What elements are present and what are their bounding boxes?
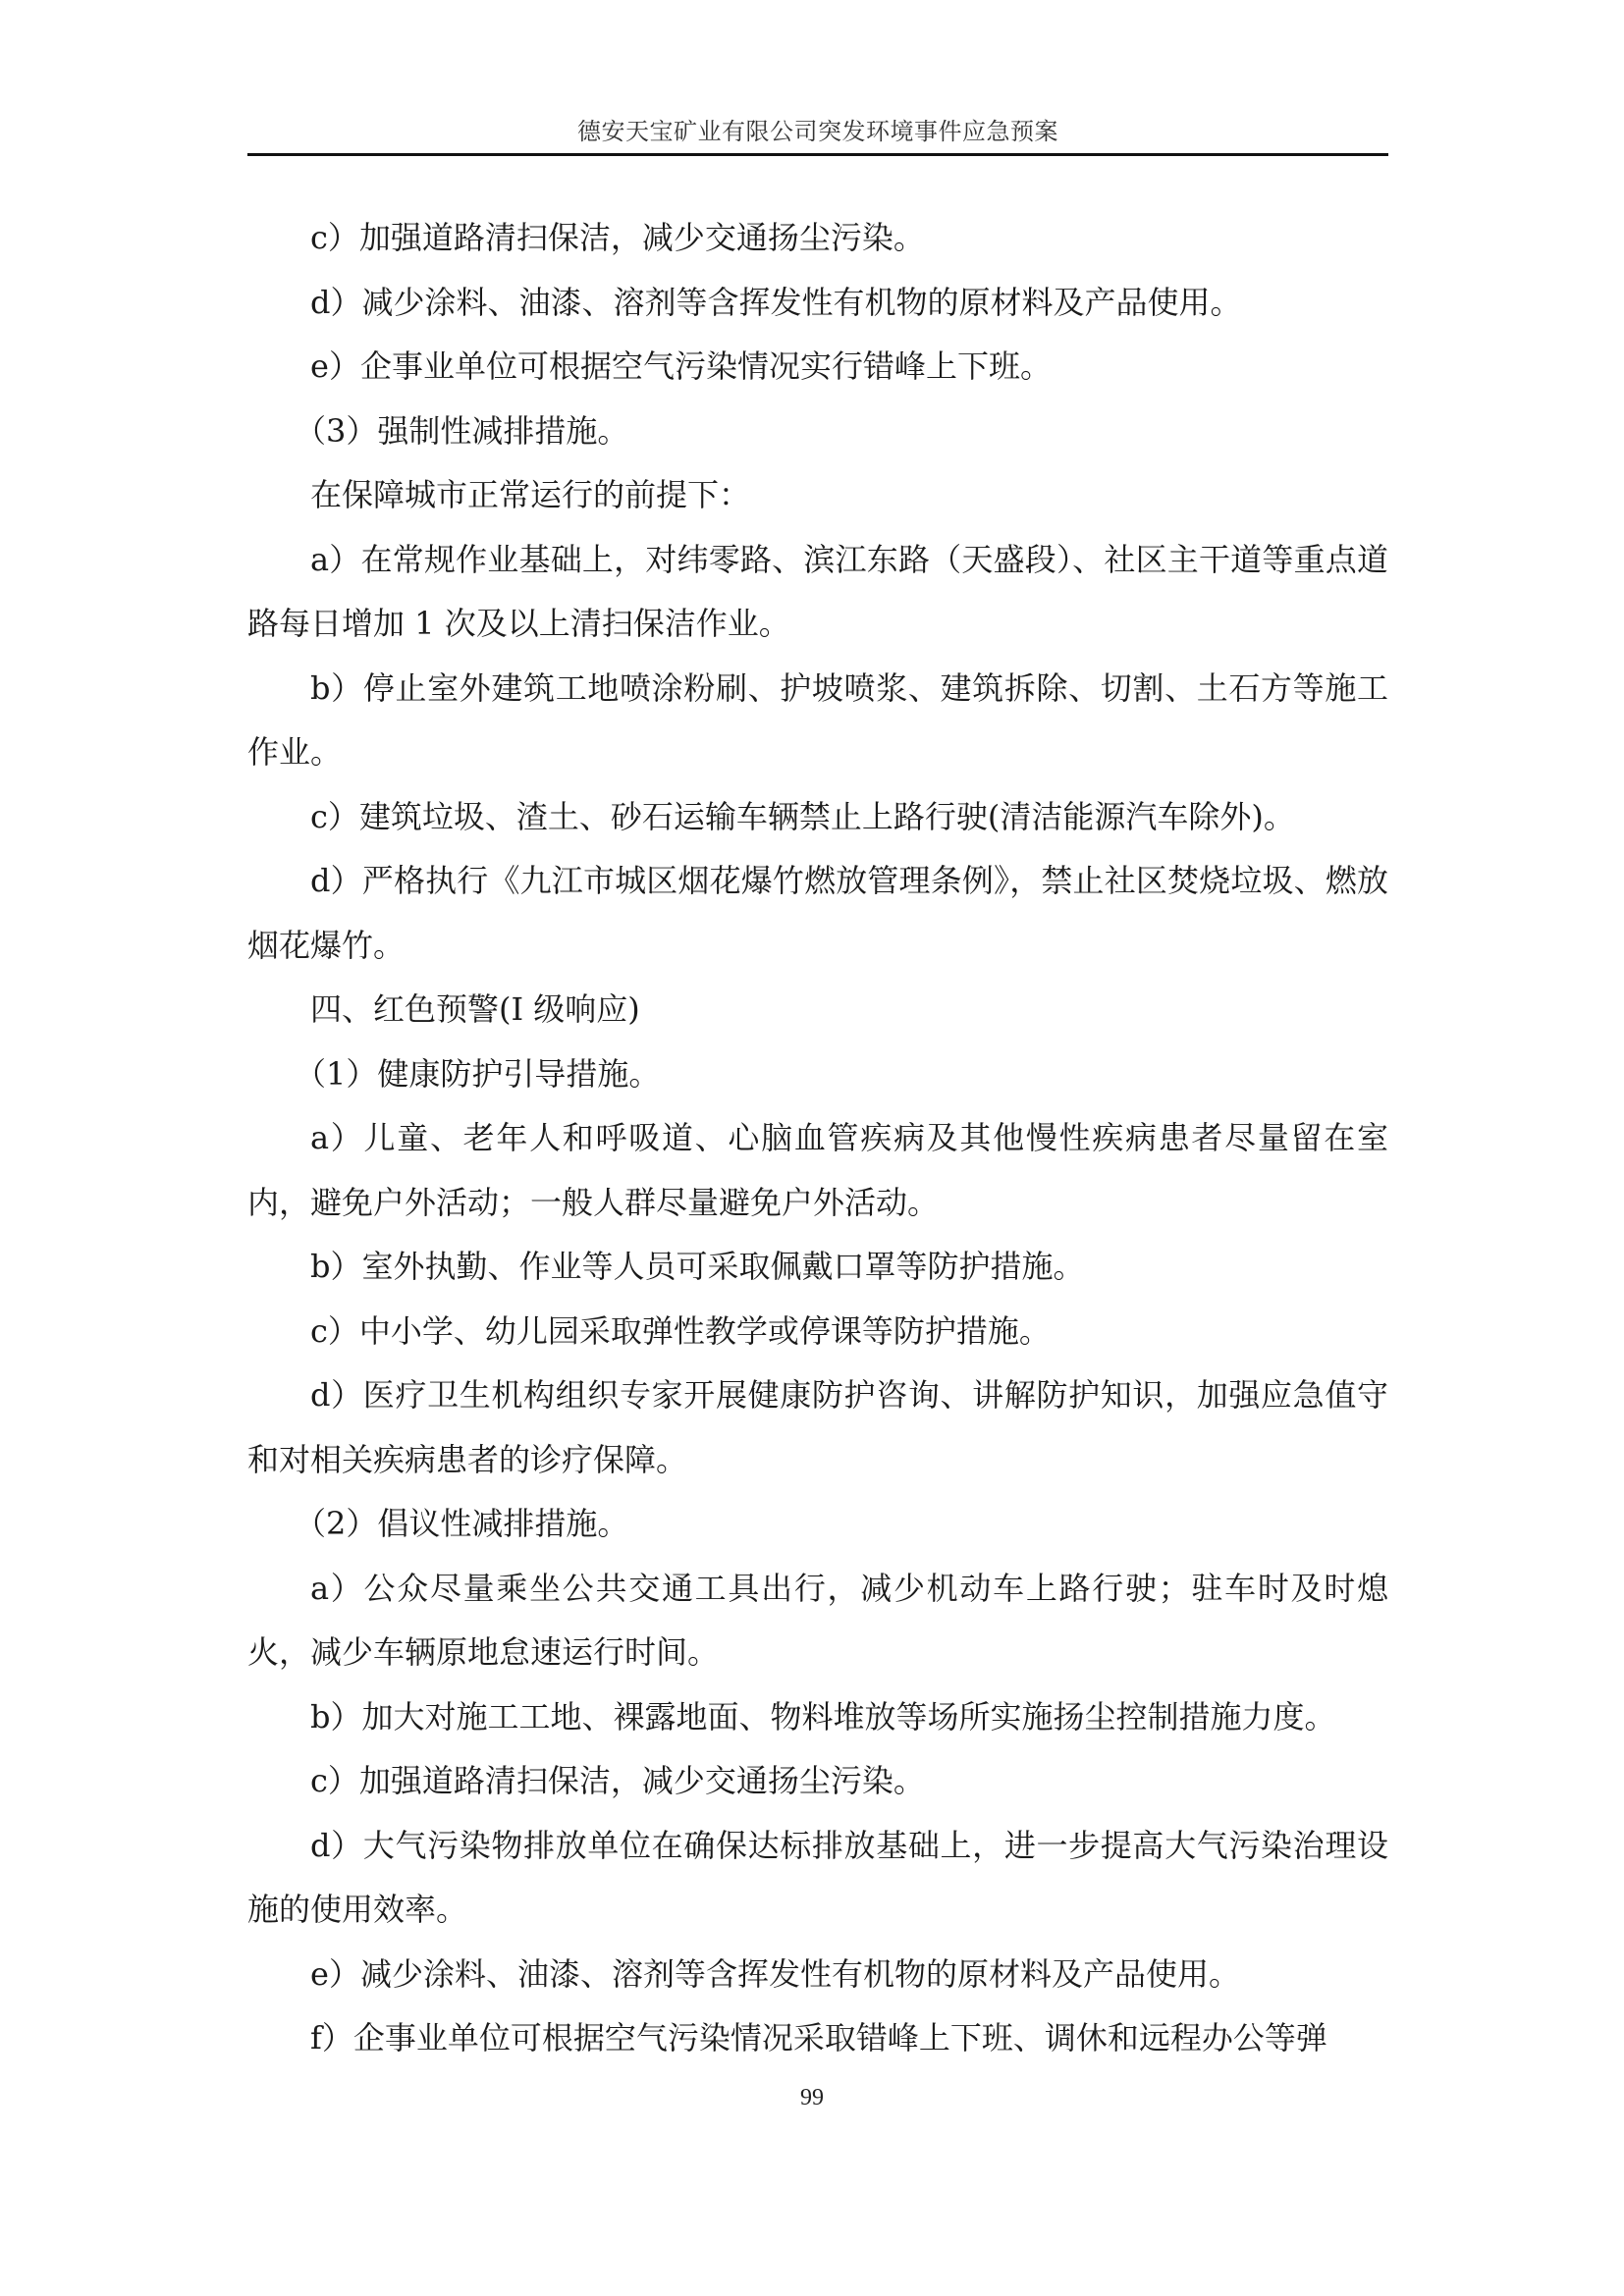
subsection-heading: （2）倡议性减排措施。: [247, 1492, 1388, 1557]
paragraph: e）企事业单位可根据空气污染情况实行错峰上下班。: [247, 335, 1388, 400]
paragraph: 在保障城市正常运行的前提下：: [247, 463, 1388, 528]
paragraph: b）停止室外建筑工地喷涂粉刷、护坡喷浆、建筑拆除、切割、土石方等施工作业。: [247, 657, 1388, 785]
paragraph: f）企事业单位可根据空气污染情况采取错峰上下班、调休和远程办公等弹: [247, 2006, 1388, 2071]
paragraph: c）加强道路清扫保洁，减少交通扬尘污染。: [247, 206, 1388, 271]
paragraph: c）中小学、幼儿园采取弹性教学或停课等防护措施。: [247, 1300, 1388, 1364]
paragraph: d）大气污染物排放单位在确保达标排放基础上，进一步提高大气污染治理设施的使用效率…: [247, 1814, 1388, 1943]
paragraph: b）室外执勤、作业等人员可采取佩戴口罩等防护措施。: [247, 1235, 1388, 1300]
document-page: 德安天宝矿业有限公司突发环境事件应急预案 c）加强道路清扫保洁，减少交通扬尘污染…: [0, 0, 1624, 2296]
paragraph: a）在常规作业基础上，对纬零路、滨江东路（天盛段）、社区主干道等重点道路每日增加…: [247, 528, 1388, 657]
paragraph: d）医疗卫生机构组织专家开展健康防护咨询、讲解防护知识，加强应急值守和对相关疾病…: [247, 1363, 1388, 1492]
paragraph: a）儿童、老年人和呼吸道、心脑血管疾病及其他慢性疾病患者尽量留在室内，避免户外活…: [247, 1106, 1388, 1235]
header-divider: [247, 153, 1388, 156]
paragraph: b）加大对施工工地、裸露地面、物料堆放等场所实施扬尘控制措施力度。: [247, 1685, 1388, 1750]
paragraph: c）加强道路清扫保洁，减少交通扬尘污染。: [247, 1749, 1388, 1814]
running-header: 德安天宝矿业有限公司突发环境事件应急预案: [247, 116, 1388, 147]
page-number: 99: [0, 2083, 1624, 2112]
paragraph: c）建筑垃圾、渣土、砂石运输车辆禁止上路行驶(清洁能源汽车除外)。: [247, 785, 1388, 850]
body-text: c）加强道路清扫保洁，减少交通扬尘污染。 d）减少涂料、油漆、溶剂等含挥发性有机…: [247, 206, 1388, 2071]
subsection-heading: （3）强制性减排措施。: [247, 400, 1388, 464]
section-heading: 四、红色预警(I 级响应): [247, 978, 1388, 1042]
paragraph: d）严格执行《九江市城区烟花爆竹燃放管理条例》，禁止社区焚烧垃圾、燃放烟花爆竹。: [247, 849, 1388, 978]
paragraph: d）减少涂料、油漆、溶剂等含挥发性有机物的原材料及产品使用。: [247, 271, 1388, 336]
paragraph: e）减少涂料、油漆、溶剂等含挥发性有机物的原材料及产品使用。: [247, 1943, 1388, 2007]
paragraph: a）公众尽量乘坐公共交通工具出行，减少机动车上路行驶；驻车时及时熄火，减少车辆原…: [247, 1557, 1388, 1685]
subsection-heading: （1）健康防护引导措施。: [247, 1042, 1388, 1107]
